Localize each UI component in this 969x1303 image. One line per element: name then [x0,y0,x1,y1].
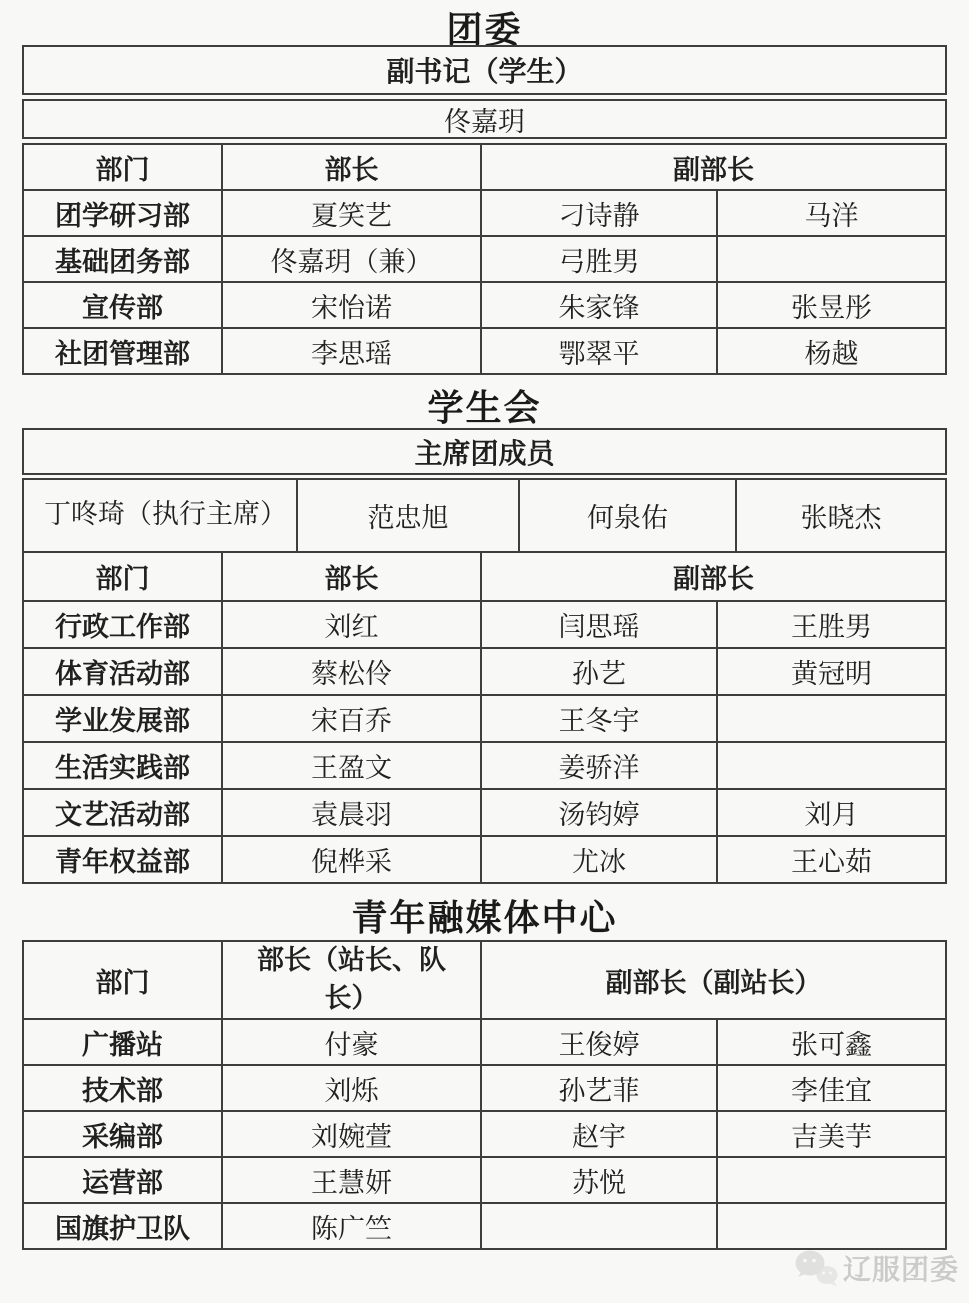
name-cell: 宋怡诺 [221,281,480,327]
name-cell: 佟嘉玥（兼） [221,235,480,281]
name-cell: 鄂翠平 [480,327,716,373]
member-name: 丁咚琦（执行主席） [44,497,276,533]
name-cell [716,741,945,788]
header-cell: 副部长（副站长） [480,942,945,1018]
name-cell: 姜骄洋 [480,741,716,788]
rongmeiti-table: 部门 部长（站长、队长） 副部长（副站长） 广播站 付豪 王俊婷 张可鑫 技术部… [22,940,947,1250]
header-cell: 部长 [221,145,480,189]
watermark: 辽服团委 [793,1248,959,1288]
merged-row-text: 佟嘉玥 [444,100,525,139]
dept-cell: 文艺活动部 [24,788,221,835]
name-cell [480,1202,716,1248]
name-cell: 王冬宇 [480,694,716,741]
name-cell: 倪桦采 [221,835,480,882]
name-cell: 马洋 [716,189,945,235]
merged-row-tong-jiayue: 佟嘉玥 [22,99,947,139]
header-cell: 副部长 [480,145,945,189]
name-cell: 蔡松伶 [221,647,480,694]
name-cell: 李佳宜 [716,1064,945,1110]
dept-cell: 生活实践部 [24,741,221,788]
header-cell: 副部长 [480,553,945,600]
name-cell: 孙艺菲 [480,1064,716,1110]
dept-cell: 行政工作部 [24,600,221,647]
name-cell: 付豪 [221,1018,480,1064]
name-cell: 黄冠明 [716,647,945,694]
name-cell [716,235,945,281]
dept-cell: 学业发展部 [24,694,221,741]
dept-cell: 国旗护卫队 [24,1202,221,1248]
name-cell: 刘月 [716,788,945,835]
member-cell: 张晓杰 [735,480,945,551]
dept-cell: 技术部 [24,1064,221,1110]
presidium-members-row: 丁咚琦（执行主席） 范忠旭 何泉佑 张晓杰 [22,478,947,551]
name-cell: 刘婉萱 [221,1110,480,1156]
name-cell: 李思瑶 [221,327,480,373]
xueshenghui-table: 部门 部长 副部长 行政工作部 刘红 闫思瑶 王胜男 体育活动部 蔡松伶 孙艺 … [22,551,947,884]
name-cell: 刘红 [221,600,480,647]
name-cell: 杨越 [716,327,945,373]
name-cell: 尤冰 [480,835,716,882]
header-cell: 部长（站长、队长） [221,942,480,1018]
header-cell: 部门 [24,553,221,600]
name-cell: 宋百乔 [221,694,480,741]
member-cell: 丁咚琦（执行主席） [24,480,296,551]
name-cell [716,1156,945,1202]
name-cell: 夏笑艺 [221,189,480,235]
name-cell: 弓胜男 [480,235,716,281]
name-cell: 闫思瑶 [480,600,716,647]
name-cell: 袁晨羽 [221,788,480,835]
header-cell: 部长 [221,553,480,600]
section-title-xueshenghui: 学生会 [0,380,969,431]
dept-cell: 团学研习部 [24,189,221,235]
wechat-icon [793,1248,839,1288]
member-cell: 何泉佑 [518,480,735,551]
section-title-rongmeiti: 青年融媒体中心 [0,890,969,941]
name-cell: 张昱彤 [716,281,945,327]
dept-cell: 社团管理部 [24,327,221,373]
name-cell: 汤钧婷 [480,788,716,835]
merged-row-presidium: 主席团成员 [22,428,947,475]
name-cell: 朱家锋 [480,281,716,327]
dept-cell: 宣传部 [24,281,221,327]
dept-cell: 基础团务部 [24,235,221,281]
dept-cell: 采编部 [24,1110,221,1156]
name-cell [716,694,945,741]
tuanwei-table: 部门 部长 副部长 团学研习部 夏笑艺 刁诗静 马洋 基础团务部 佟嘉玥（兼） … [22,143,947,375]
name-cell: 孙艺 [480,647,716,694]
header-cell: 部门 [24,145,221,189]
dept-cell: 运营部 [24,1156,221,1202]
dept-cell: 青年权益部 [24,835,221,882]
watermark-label: 辽服团委 [843,1248,959,1288]
name-cell: 王盈文 [221,741,480,788]
name-cell: 苏悦 [480,1156,716,1202]
dept-cell: 体育活动部 [24,647,221,694]
name-cell: 陈广竺 [221,1202,480,1248]
name-cell: 王胜男 [716,600,945,647]
name-cell [716,1202,945,1248]
name-cell: 赵宇 [480,1110,716,1156]
name-cell: 王慧妍 [221,1156,480,1202]
dept-cell: 广播站 [24,1018,221,1064]
header-cell: 部门 [24,942,221,1018]
member-cell: 范忠旭 [296,480,518,551]
document-page: 团委 副书记（学生） 佟嘉玥 部门 部长 副部长 团学研习部 夏笑艺 刁诗静 马… [0,0,969,1303]
name-cell: 张可鑫 [716,1018,945,1064]
name-cell: 吉美芋 [716,1110,945,1156]
merged-row-text: 主席团成员 [414,432,554,472]
name-cell: 刘烁 [221,1064,480,1110]
name-cell: 王心茹 [716,835,945,882]
header-cell-text: 部长（站长、队长） [251,942,453,1018]
name-cell: 刁诗静 [480,189,716,235]
merged-row-vice-secretary: 副书记（学生） [22,45,947,95]
merged-row-text: 副书记（学生） [386,50,582,90]
name-cell: 王俊婷 [480,1018,716,1064]
